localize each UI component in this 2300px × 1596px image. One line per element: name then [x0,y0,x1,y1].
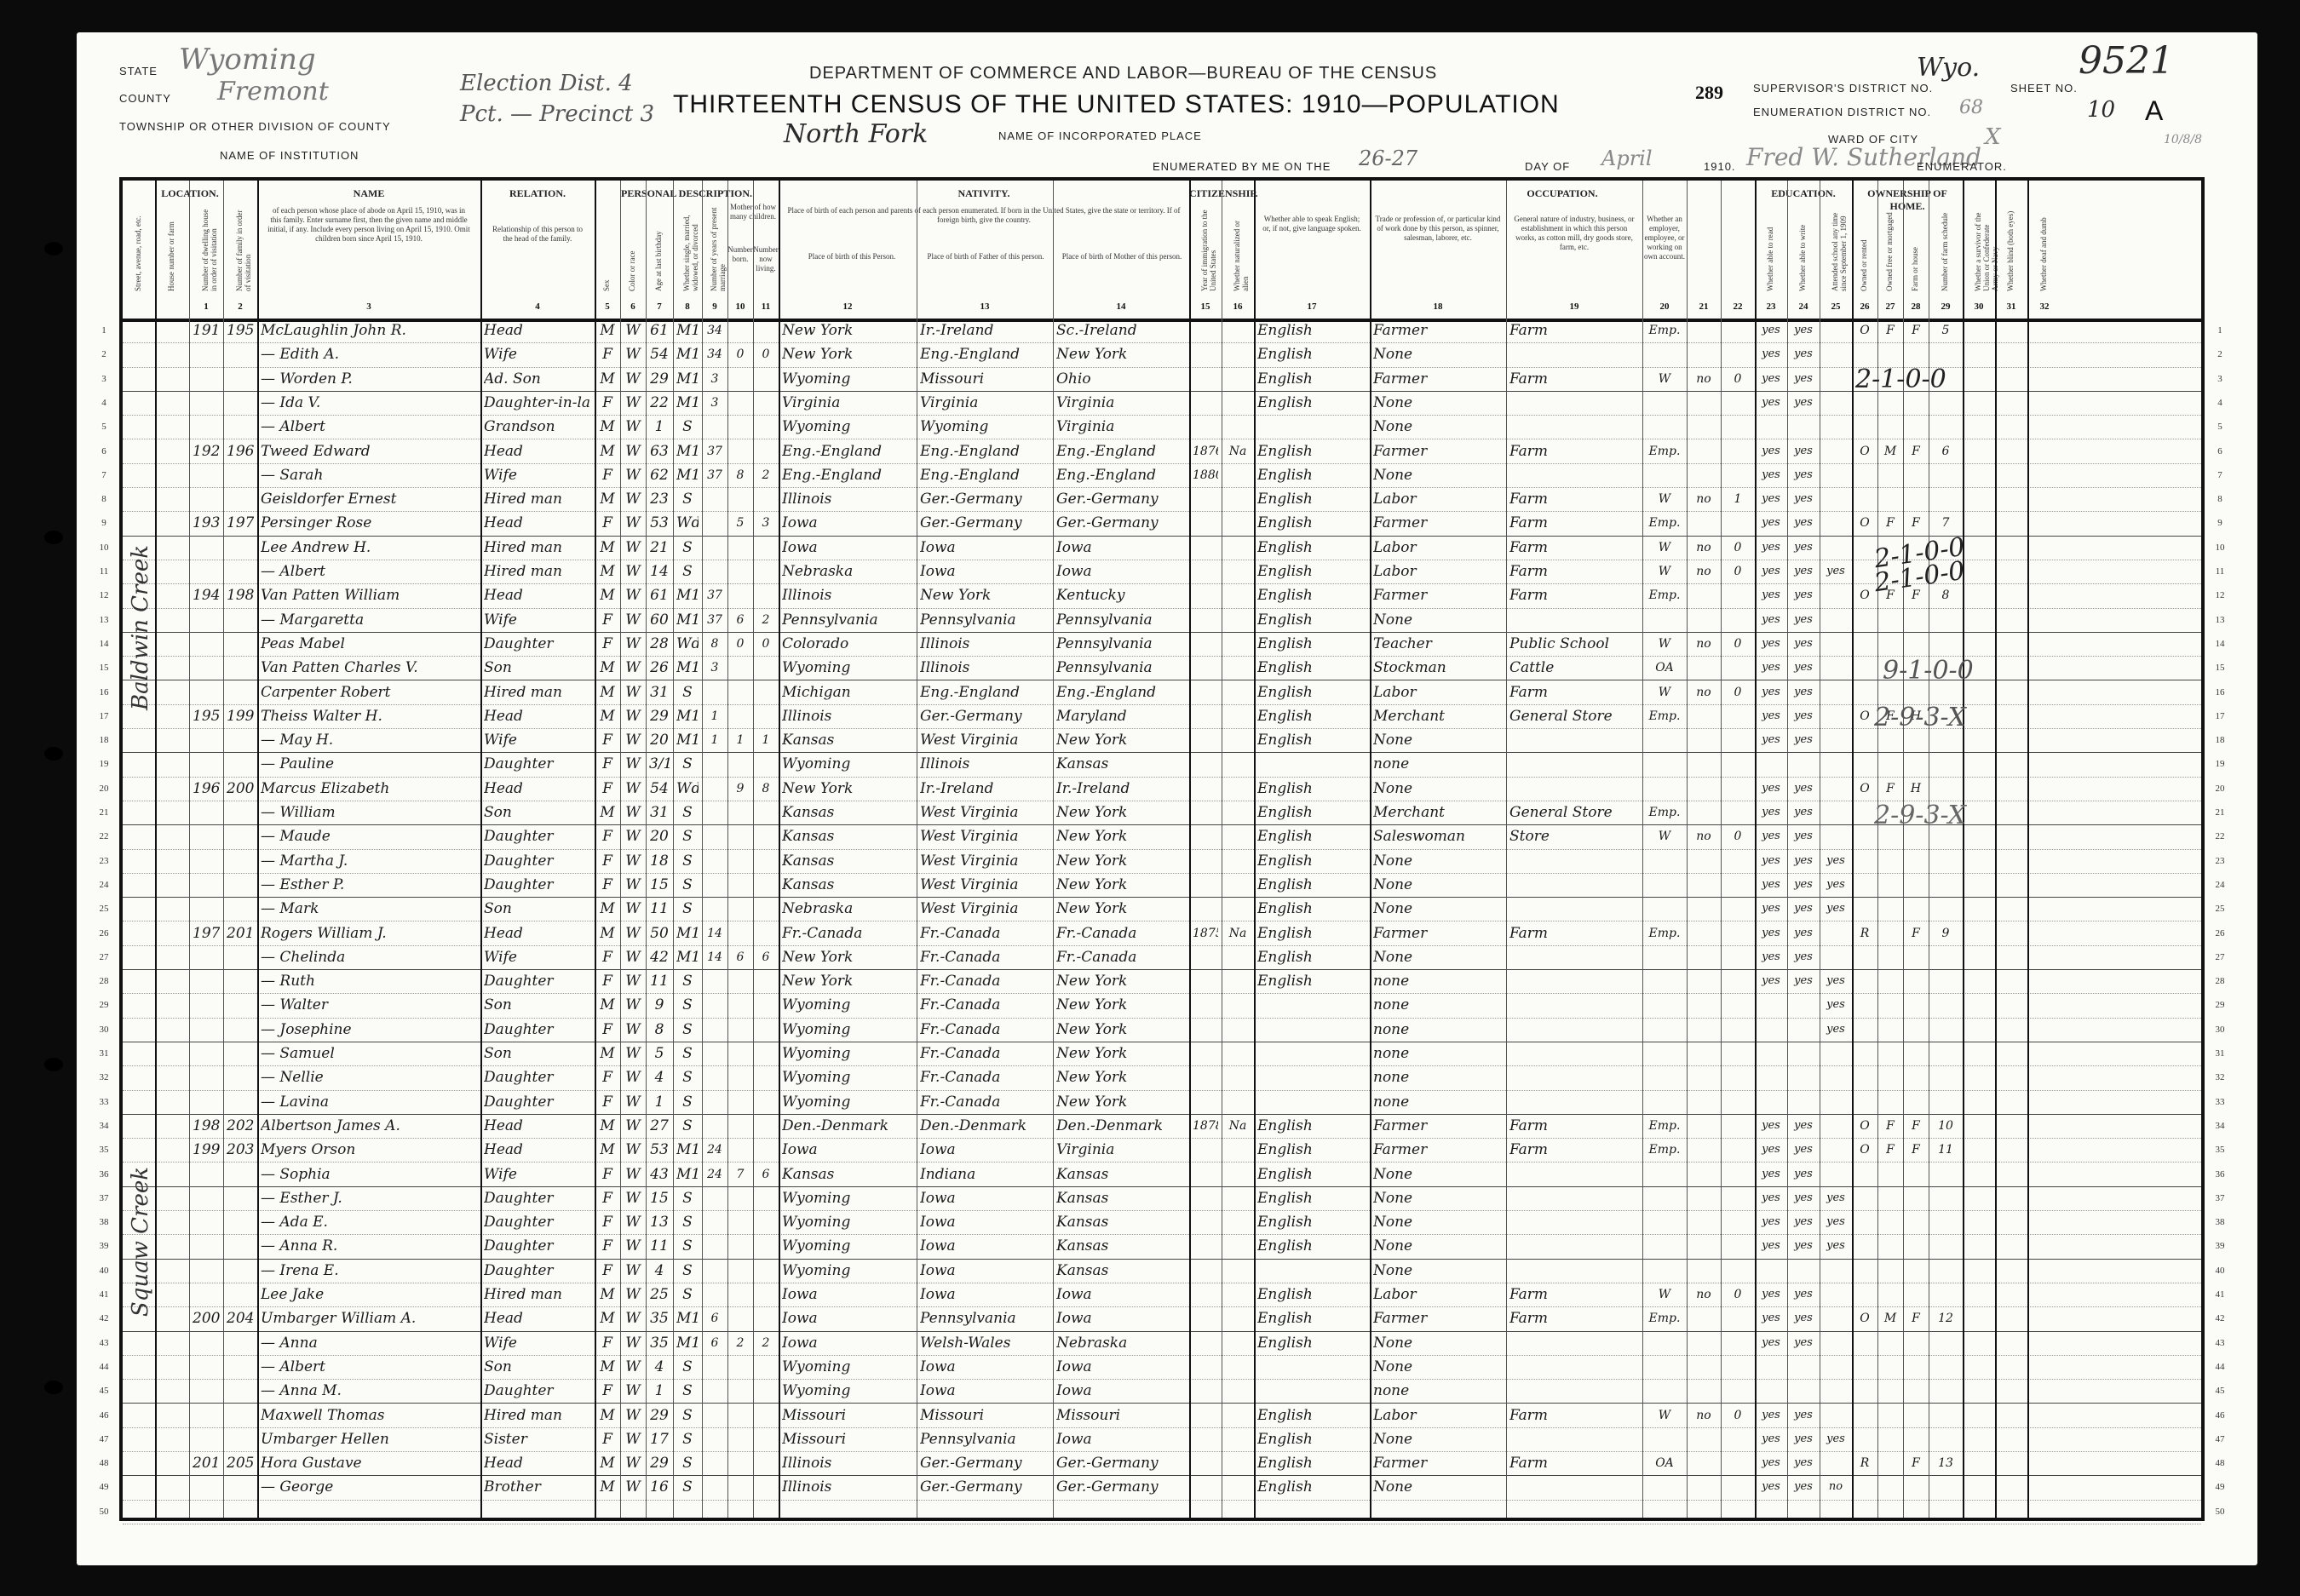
cell-dw [193,995,220,1015]
cell-sched [1932,1188,1959,1208]
cell-ms: S [676,1429,699,1450]
cell-wk: no [1690,369,1717,389]
cell-name: — Ida V. [261,393,477,413]
cell-pob: Wyoming [782,1092,913,1112]
cell-sex: M [598,537,617,558]
cell-sched [1932,778,1959,799]
cell-ind: Farm [1509,1116,1639,1136]
cell-occ: None [1373,898,1503,919]
cell-occ: Farmer [1373,1116,1503,1136]
cell-own [1855,489,1874,509]
cell-dw [193,1357,220,1377]
cell-sch: yes [1823,995,1849,1015]
table-row: — Esther P.DaughterFW15SKansasWest Virgi… [123,873,2201,898]
cell-sched [1932,1236,1959,1256]
cell-ind: Cattle [1509,657,1639,678]
cell-write: yes [1791,706,1816,726]
cell-rel: Daughter [484,1019,591,1040]
cell-lang: English [1257,610,1366,630]
cell-lang: English [1257,320,1366,341]
vertical-column-header: Color or race [628,206,636,291]
cell-read [1758,1260,1784,1281]
cell-fam [227,344,254,365]
cell-fam: 203 [227,1140,254,1160]
cell-liv [756,657,775,678]
cell-name: — George [261,1477,477,1497]
cell-dw [193,1260,220,1281]
cell-lang: English [1257,1188,1366,1208]
cell-fam [227,1429,254,1450]
table-row: — Ada E.DaughterFW13SWyomingIowaKansasEn… [123,1210,2201,1235]
cell-ind [1509,898,1639,919]
cell-farm [1906,995,1925,1015]
cell-imm: 1876 [1193,441,1218,462]
cell-dw [193,1333,220,1353]
cell-lang [1257,416,1366,437]
column-number: 13 [917,301,1053,312]
cell-mpob: New York [1056,898,1186,919]
cell-liv: 6 [756,1164,775,1185]
cell-sched [1932,1019,1959,1040]
cell-pob [782,1501,913,1522]
cell-race: W [624,995,642,1015]
cell-nat [1225,995,1251,1015]
vertical-column-header: Number of years of present marriage [710,206,727,291]
table-row: Peas MabelDaughterFW28Wd800ColoradoIllin… [123,632,2201,657]
cell-free [1881,1236,1900,1256]
cell-ind: Farm [1509,320,1639,341]
column-number: 30 [1963,301,1995,312]
cell-farm [1906,344,1925,365]
cell-ind [1509,1092,1639,1112]
cell-mpob: Kansas [1056,1260,1186,1281]
cell-name: — Albert [261,416,477,437]
cell-born [731,1019,750,1040]
tally-mark: 2-9-3-X [1874,801,1966,830]
cell-lang: English [1257,971,1366,991]
cell-age: 29 [649,1405,670,1426]
cell-emp [1646,754,1683,774]
cell-sch [1823,1116,1849,1136]
cell-dw [193,369,220,389]
cell-fam: 204 [227,1308,254,1329]
cell-rel: Daughter [484,1188,591,1208]
cell-yrs [705,802,724,823]
cell-wks: 0 [1724,537,1751,558]
table-row: — Anna M.DaughterFW1SWyomingIowaIowanone [123,1379,2201,1404]
cell-lang [1257,1067,1366,1088]
cell-imm [1193,634,1218,654]
cell-ind: General Store [1509,706,1639,726]
cell-name: Maxwell Thomas [261,1405,477,1426]
column-divider [1852,181,1854,1518]
line-number: 20 [2211,784,2228,794]
cell-nat [1225,1381,1251,1401]
cell-yrs [705,971,724,991]
cell-occ: none [1373,995,1503,1015]
cell-imm [1193,1357,1218,1377]
cell-sch [1823,369,1849,389]
cell-farm [1906,1333,1925,1353]
column-number: 21 [1687,301,1721,312]
cell-sched [1932,971,1959,991]
vertical-column-header: Whether able to read [1766,206,1774,291]
cell-farm: F [1906,1308,1925,1329]
cell-pob: Fr.-Canada [782,923,913,944]
cell-ind [1509,1188,1639,1208]
line-number: 26 [2211,928,2228,939]
cell-nat [1225,802,1251,823]
cell-fpob: Eng.-England [920,465,1049,485]
cell-age: 1 [649,1381,670,1401]
cell-pob: New York [782,947,913,967]
cell-pob: Kansas [782,730,913,750]
cell-imm [1193,1381,1218,1401]
cell-emp: Emp. [1646,1308,1683,1329]
cell-yrs [705,1188,724,1208]
cell-fpob: West Virginia [920,826,1049,847]
line-number: 19 [2211,759,2228,769]
cell-name: Rogers William J. [261,923,477,944]
cell-yrs: 3 [705,393,724,413]
cell-rel: Daughter [484,826,591,847]
cell-ind [1509,465,1639,485]
cell-imm [1193,1453,1218,1473]
cell-imm [1193,1092,1218,1112]
cell-farm [1906,1043,1925,1064]
line-number: 22 [95,831,112,841]
cell-lang: English [1257,802,1366,823]
cell-occ: Merchant [1373,706,1503,726]
line-number: 27 [2211,952,2228,962]
cell-yrs: 1 [705,730,724,750]
cell-own [1855,851,1874,871]
cell-dw: 197 [193,923,220,944]
cell-pob: Kansas [782,851,913,871]
cell-dw [193,465,220,485]
cell-free [1881,1333,1900,1353]
cell-fam [227,1212,254,1232]
cell-occ: none [1373,1043,1503,1064]
line-number: 43 [2211,1338,2228,1348]
cell-lang: English [1257,1453,1366,1473]
vertical-column-header: Number of farm schedule [1941,206,1949,291]
cell-sch: yes [1823,851,1849,871]
cell-mpob: Eng.-England [1056,682,1186,703]
table-row: Lee JakeHired manMW25SIowaIowaIowaEnglis… [123,1283,2201,1307]
cell-nat: Na [1225,923,1251,944]
cell-sched: 7 [1932,513,1959,533]
line-number: 1 [95,325,112,336]
cell-ind: Farm [1509,489,1639,509]
cell-fpob: Pennsylvania [920,1429,1049,1450]
column-divider [620,181,621,1518]
cell-age: 61 [649,585,670,606]
cell-rel: Hired man [484,1405,591,1426]
cell-occ: None [1373,1333,1503,1353]
cell-ind [1509,1501,1639,1522]
table-row: — Irena E.DaughterFW4SWyomingIowaKansasN… [123,1259,2201,1283]
cell-occ: None [1373,730,1503,750]
cell-born [731,1477,750,1497]
cell-sex: F [598,730,617,750]
cell-sched [1932,1381,1959,1401]
cell-liv [756,1453,775,1473]
cell-dw [193,971,220,991]
cell-read: yes [1758,610,1784,630]
cell-mpob: Virginia [1056,1140,1186,1160]
cell-imm [1193,1067,1218,1088]
line-number: 9 [95,518,112,528]
cell-emp [1646,947,1683,967]
binder-hole [44,747,63,761]
line-number: 29 [95,1000,112,1010]
cell-yrs [705,995,724,1015]
cell-imm [1193,1043,1218,1064]
cell-ind [1509,1043,1639,1064]
cell-fpob: West Virginia [920,730,1049,750]
line-number: 34 [2211,1121,2228,1131]
cell-race: W [624,682,642,703]
cell-liv: 3 [756,513,775,533]
cell-own [1855,1188,1874,1208]
cell-occ: None [1373,416,1503,437]
cell-write: yes [1791,1308,1816,1329]
column-number: 25 [1820,301,1852,312]
line-number: 41 [95,1289,112,1300]
column-group-header: PERSONAL DESCRIPTION. [595,187,779,200]
cell-sched: 5 [1932,320,1959,341]
cell-name: — Albert [261,561,477,582]
cell-sex: F [598,513,617,533]
cell-sch [1823,489,1849,509]
cell-imm [1193,1284,1218,1305]
cell-emp: Emp. [1646,1140,1683,1160]
cell-sch [1823,1164,1849,1185]
cell-yrs [705,1067,724,1088]
cell-race: W [624,416,642,437]
cell-born [731,1260,750,1281]
cell-dw [193,561,220,582]
cell-sex [598,1501,617,1522]
cell-imm [1193,971,1218,991]
cell-nat [1225,730,1251,750]
cell-rel: Wife [484,947,591,967]
cell-occ: Farmer [1373,1308,1503,1329]
line-number: 6 [95,446,112,456]
cell-liv [756,1043,775,1064]
cell-nat [1225,610,1251,630]
cell-read: yes [1758,1188,1784,1208]
cell-fpob: Pennsylvania [920,1308,1049,1329]
cell-own [1855,1381,1874,1401]
cell-mpob: New York [1056,851,1186,871]
vertical-column-header: Number of family in order of visitation [235,206,252,291]
tally-mark: 2-9-3-X [1874,703,1966,732]
cell-farm [1906,1067,1925,1088]
cell-ms: S [676,1453,699,1473]
cell-yrs [705,1019,724,1040]
cell-born [731,1212,750,1232]
line-number: 33 [95,1097,112,1107]
cell-free: M [1881,441,1900,462]
cell-age: 29 [649,369,670,389]
department-heading: DEPARTMENT OF COMMERCE AND LABOR—BUREAU … [809,64,1437,83]
table-row: — ChelindaWifeFW42M11466New YorkFr.-Cana… [123,945,2201,970]
cell-ind: Public School [1509,634,1639,654]
cell-born: 0 [731,634,750,654]
cell-read: yes [1758,682,1784,703]
cell-nat [1225,1019,1251,1040]
cell-imm [1193,416,1218,437]
cell-free [1881,1501,1900,1522]
birthplace-mother-header: Place of birth of Mother of this person. [1060,252,1184,261]
column-number: 5 [595,301,620,312]
cell-born [731,369,750,389]
cell-free: F [1881,513,1900,533]
cell-read [1758,754,1784,774]
cell-liv [756,1260,775,1281]
cell-born [731,1429,750,1450]
cell-liv [756,1092,775,1112]
cell-dw [193,1212,220,1232]
line-number: 5 [95,422,112,432]
cell-nat [1225,778,1251,799]
cell-liv [756,995,775,1015]
cell-pob: Wyoming [782,1019,913,1040]
cell-own [1855,875,1874,895]
cell-born [731,802,750,823]
cell-lang: English [1257,585,1366,606]
cell-imm [1193,1140,1218,1160]
cell-sch [1823,657,1849,678]
cell-name: — Irena E. [261,1260,477,1281]
cell-emp [1646,898,1683,919]
cell-own: R [1855,923,1874,944]
line-number: 16 [2211,687,2228,698]
cell-nat [1225,754,1251,774]
cell-own [1855,1067,1874,1088]
cell-sch [1823,923,1849,944]
cell-name: Geisldorfer Ernest [261,489,477,509]
cell-imm [1193,1308,1218,1329]
cell-occ: None [1373,1477,1503,1497]
cell-sch [1823,826,1849,847]
line-number: 44 [95,1362,112,1372]
cell-emp [1646,1236,1683,1256]
cell-farm [1906,1212,1925,1232]
cell-liv [756,1381,775,1401]
cell-wk: no [1690,1284,1717,1305]
cell-ms: S [676,1043,699,1064]
cell-race: W [624,1453,642,1473]
cell-sch [1823,706,1849,726]
cell-liv: 8 [756,778,775,799]
cell-pob: Wyoming [782,1381,913,1401]
cell-age: 31 [649,682,670,703]
cell-race: W [624,1043,642,1064]
cell-dw [193,344,220,365]
line-number: 14 [95,639,112,649]
cell-sch [1823,1260,1849,1281]
table-row: — Martha J.DaughterFW18SKansasWest Virgi… [123,849,2201,874]
cell-read: yes [1758,1333,1784,1353]
cell-fpob: Iowa [920,1140,1049,1160]
cell-read [1758,995,1784,1015]
cell-imm [1193,826,1218,847]
cell-own: O [1855,585,1874,606]
cell-name: — Josephine [261,1019,477,1040]
cell-sex: F [598,875,617,895]
cell-nat [1225,1357,1251,1377]
table-row: — LavinaDaughterFW1SWyomingFr.-CanadaNew… [123,1090,2201,1115]
cell-emp [1646,851,1683,871]
children-living-header: Number now living. [753,245,779,273]
cell-occ: Farmer [1373,1453,1503,1473]
cell-sched: 13 [1932,1453,1959,1473]
cell-farm: F [1906,923,1925,944]
column-number: 23 [1755,301,1787,312]
column-divider [1222,181,1222,1518]
cell-liv [756,1501,775,1522]
cell-age: 50 [649,923,670,944]
cell-born [731,416,750,437]
cell-write: yes [1791,1429,1816,1450]
cell-dw [193,802,220,823]
cell-age: 11 [649,898,670,919]
cell-pob: New York [782,971,913,991]
cell-ind [1509,1067,1639,1088]
cell-write: yes [1791,923,1816,944]
form-number: 289 [1695,82,1723,104]
line-number: 50 [2211,1507,2228,1517]
cell-lang [1257,995,1366,1015]
cell-name: Hora Gustave [261,1453,477,1473]
cell-read: yes [1758,923,1784,944]
column-divider [702,181,703,1518]
cell-farm [1906,1092,1925,1112]
line-number: 10 [2211,543,2228,553]
cell-yrs [705,1405,724,1426]
cell-born [731,971,750,991]
cell-imm [1193,706,1218,726]
cell-write: yes [1791,971,1816,991]
cell-ind [1509,947,1639,967]
cell-fam [227,1333,254,1353]
cell-imm [1193,730,1218,750]
cell-sch [1823,1284,1849,1305]
tally-mark: 2-1-0-0 [1855,365,1946,394]
cell-sch [1823,1357,1849,1377]
cell-write: yes [1791,1140,1816,1160]
cell-sex: F [598,1260,617,1281]
cell-fam [227,1501,254,1522]
township-value: Election Dist. 4 Pct. — Precinct 3 [460,68,681,129]
cell-yrs [705,1477,724,1497]
cell-occ: Teacher [1373,634,1503,654]
cell-fpob: Ger.-Germany [920,513,1049,533]
cell-sched [1932,1043,1959,1064]
line-number: 4 [95,398,112,408]
cell-free [1881,610,1900,630]
cell-sched [1932,1284,1959,1305]
cell-pob: Michigan [782,682,913,703]
table-row: 192196Tweed EdwardHeadMW63M137Eng.-Engla… [123,439,2201,464]
column-divider [779,181,780,1518]
cell-sch: yes [1823,898,1849,919]
cell-age: 18 [649,851,670,871]
cell-ms: M1 [676,730,699,750]
